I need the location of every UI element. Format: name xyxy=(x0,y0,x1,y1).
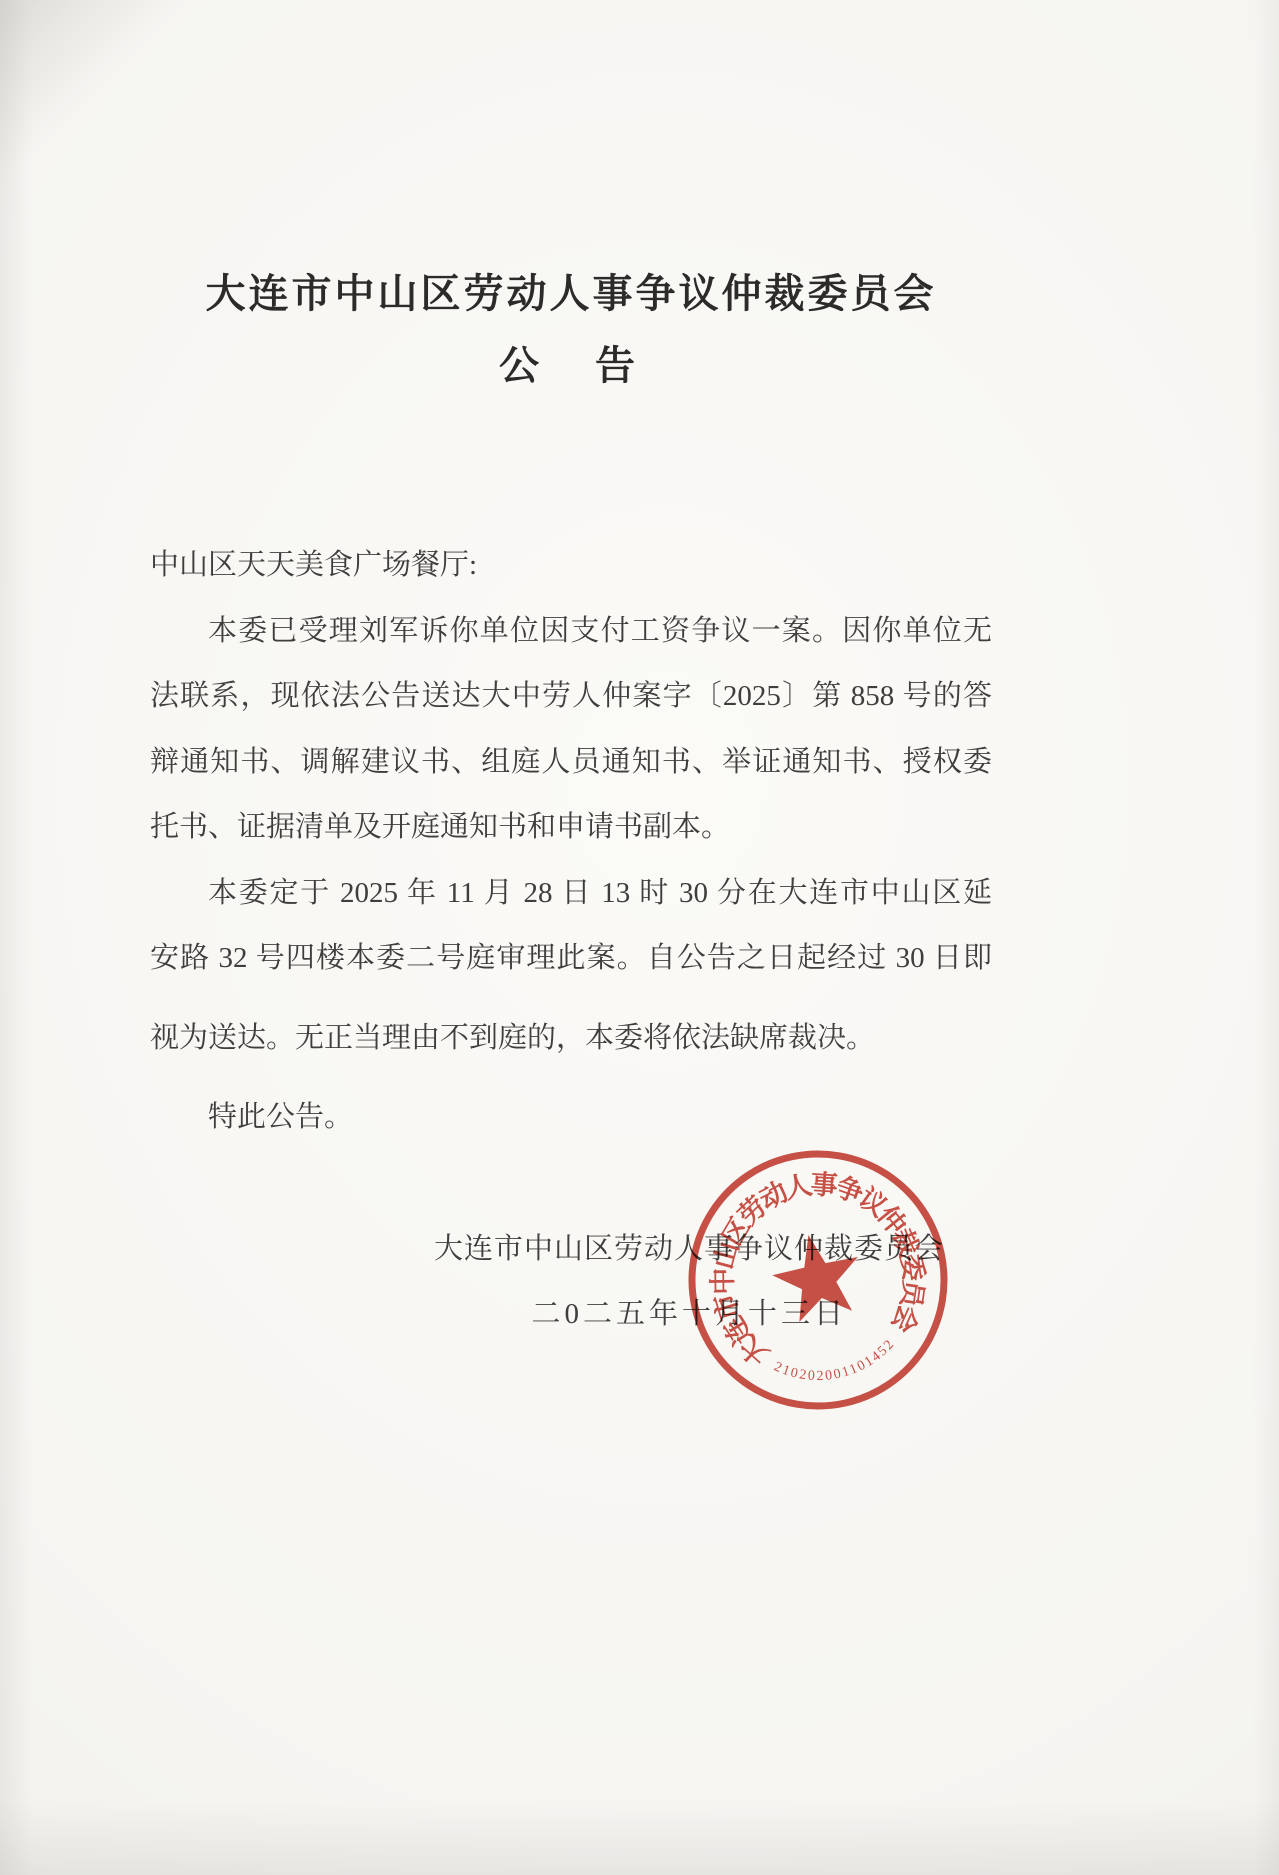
salutation: 中山区天天美食广场餐厅: xyxy=(150,533,992,599)
body-line: 本委定于 2025 年 11 月 28 日 13 时 30 分在大连市中山区延 xyxy=(150,861,992,927)
notice-document: 大连市中山区劳动人事争议仲裁委员会 公 告 中山区天天美食广场餐厅: 本委已受理… xyxy=(0,0,1279,1875)
official-seal: 大连市中山区劳动人事争议仲裁委员会 210202001101452 xyxy=(652,1114,984,1446)
body-line: 本委已受理刘军诉你单位因支付工资争议一案。因你单位无 xyxy=(150,599,992,665)
body-line: 法联系，现依法公告送达大中劳人仲案字〔2025〕第 858 号的答 xyxy=(150,664,992,730)
body-line: 视为送达。无正当理由不到庭的，本委将依法缺席裁决。 xyxy=(150,1006,992,1072)
body-line: 托书、证据清单及开庭通知书和申请书副本。 xyxy=(150,795,992,861)
notice-subtitle: 公 告 xyxy=(150,334,992,391)
notice-title: 大连市中山区劳动人事争议仲裁委员会 xyxy=(150,262,992,319)
body-line: 安路 32 号四楼本委二号庭审理此案。自公告之日起经过 30 日即 xyxy=(150,926,992,992)
seal-star-icon xyxy=(766,1226,869,1326)
body-line: 辩通知书、调解建议书、组庭人员通知书、举证通知书、授权委 xyxy=(150,730,992,796)
